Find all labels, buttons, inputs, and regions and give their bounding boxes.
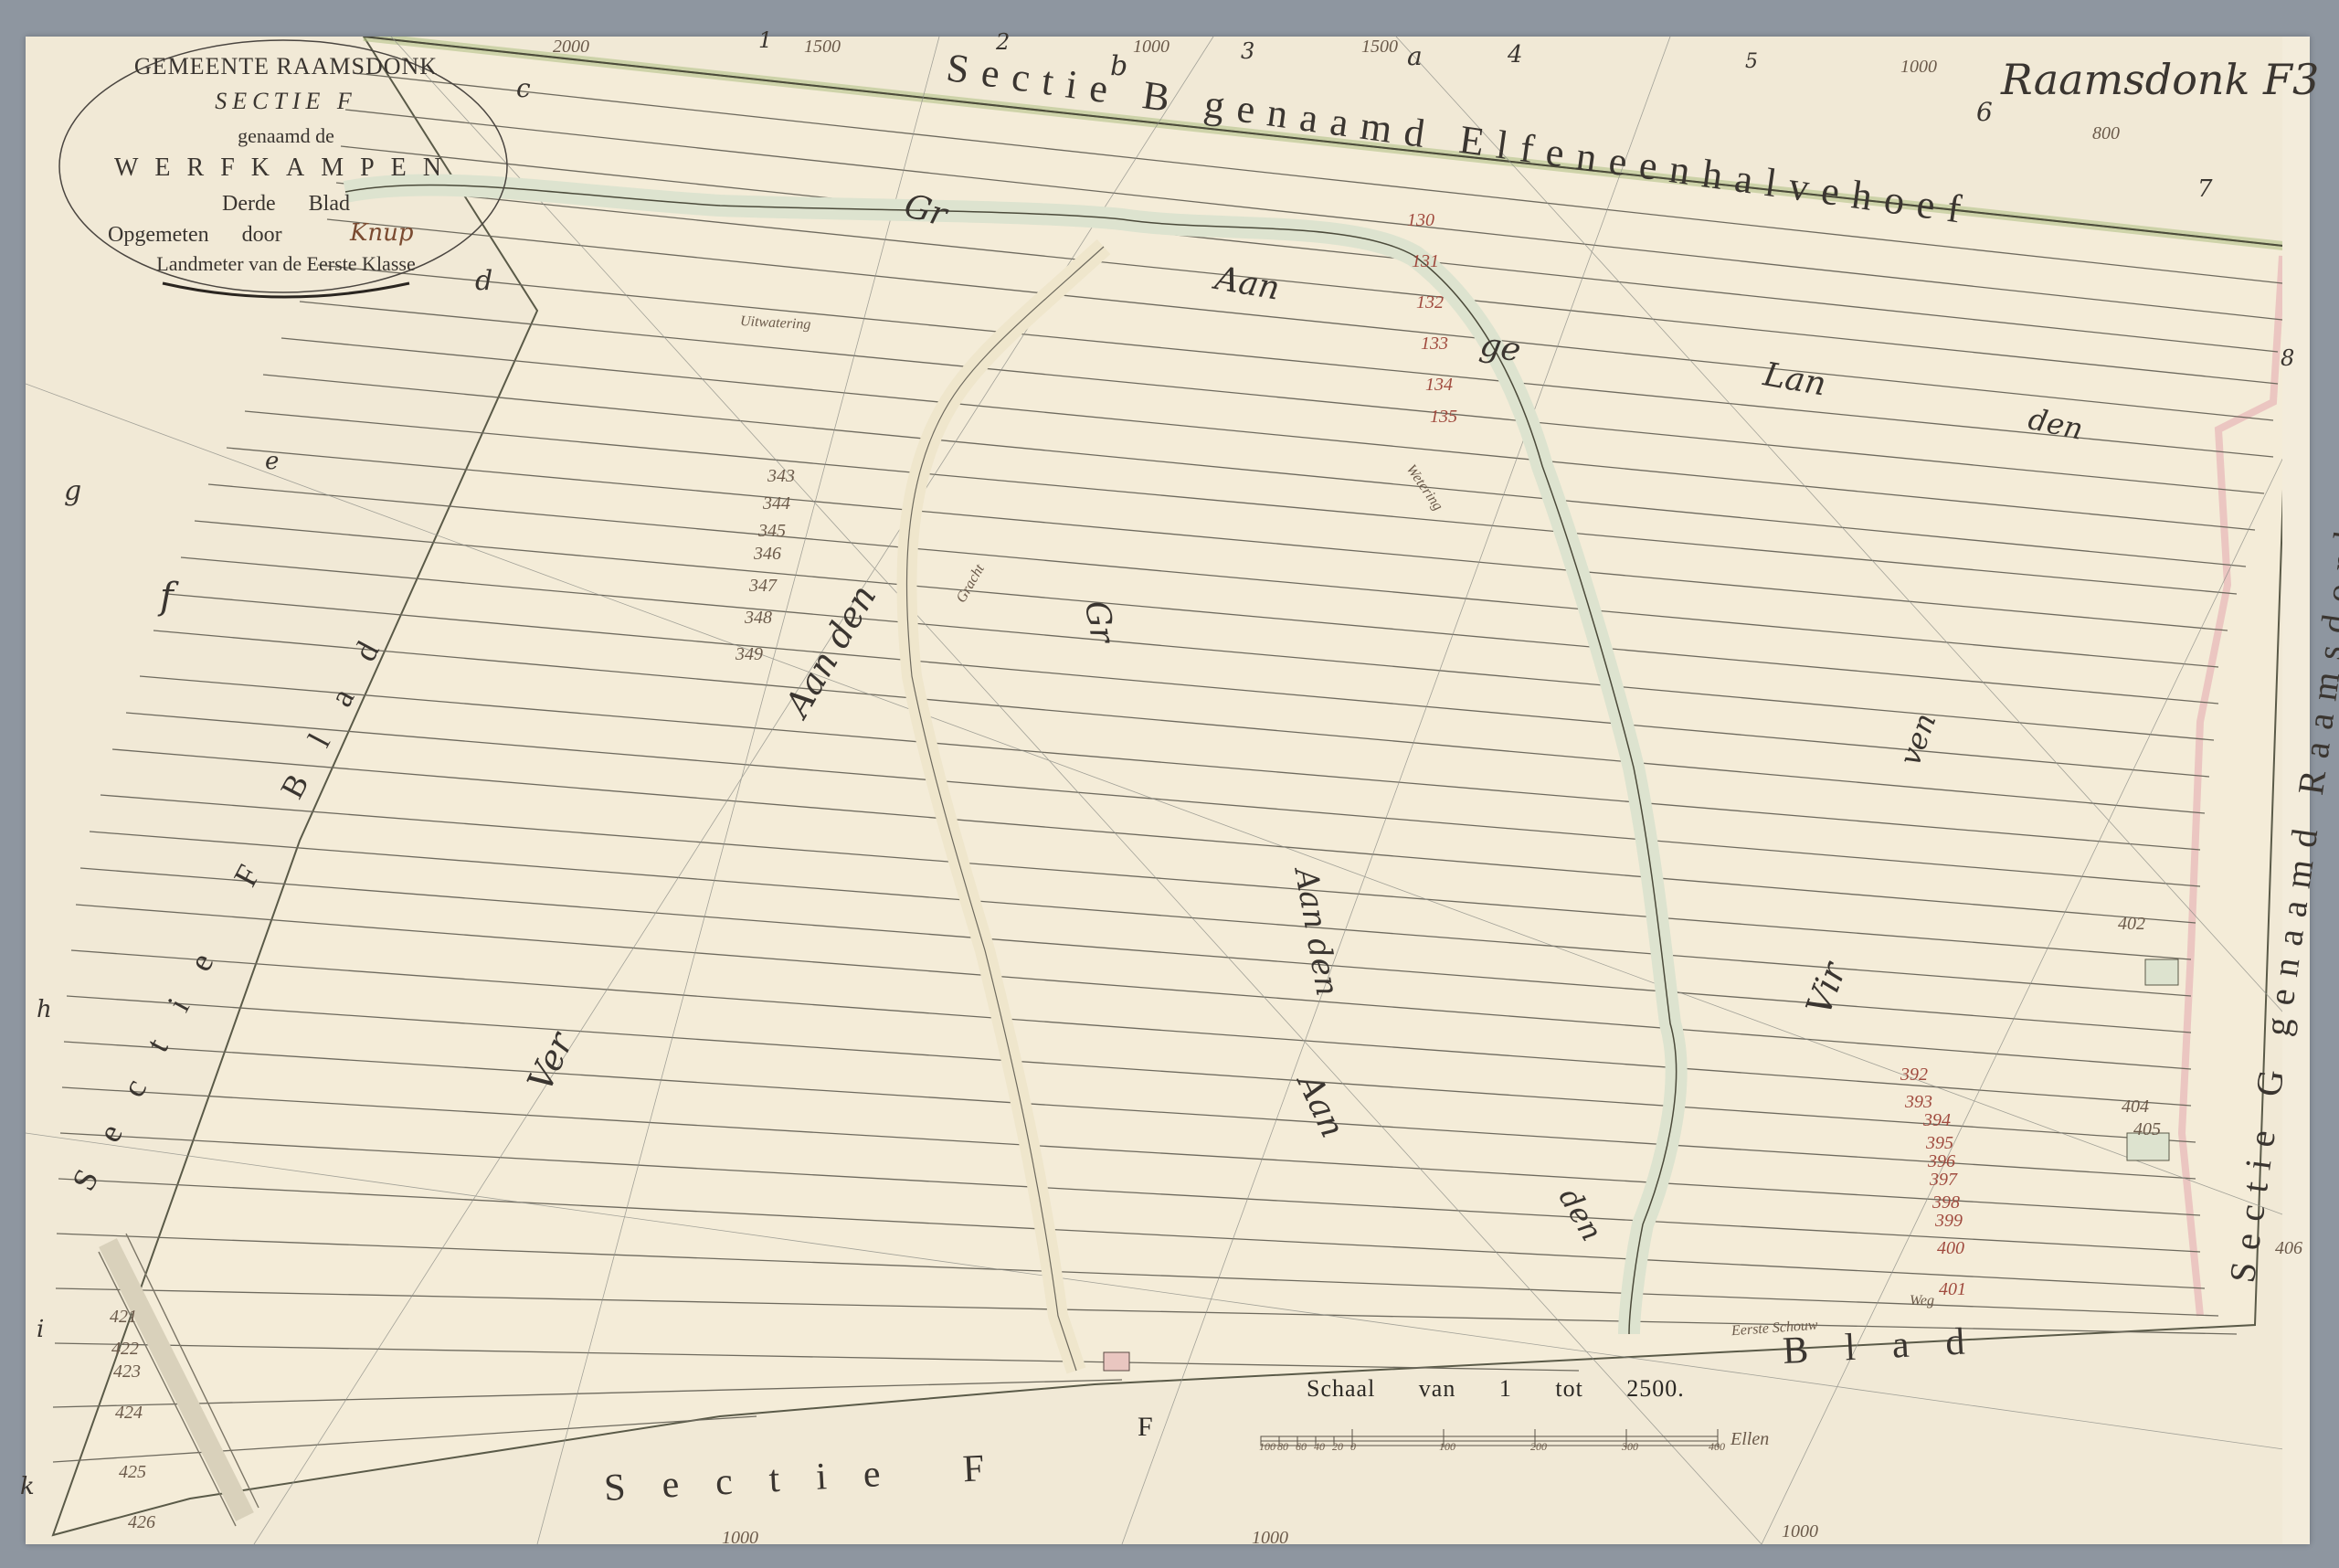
parcel-number: 132 [1416, 292, 1444, 313]
sheet-title: Raamsdonk F3 [2001, 55, 2319, 104]
field-name: Gr [1077, 598, 1121, 645]
parcel-number: 426 [128, 1512, 155, 1533]
parcel-number: 349 [736, 644, 763, 665]
section-title: SECTIE F [53, 88, 519, 115]
parcel-number: 402 [2118, 914, 2145, 935]
parcel-number: 133 [1421, 334, 1448, 355]
parcel-number: 344 [763, 493, 790, 514]
grid-tick: 1000 [1782, 1521, 1818, 1542]
grid-tick: 800 [2092, 123, 2120, 144]
field-name: ge [1477, 325, 1524, 369]
parcel-number: 347 [749, 576, 777, 597]
grid-letter: c [516, 73, 531, 103]
grid-letter: g [64, 475, 81, 507]
section-mark-f: F [1138, 1412, 1153, 1443]
parcel-number: 423 [113, 1361, 141, 1383]
scale-label: Schaal van 1 tot 2500. [1307, 1375, 1685, 1403]
surveyed-by: Opgemeten door [53, 223, 574, 248]
grid-tick: 1000 [722, 1528, 758, 1549]
grid-letter: 5 [1745, 50, 1758, 73]
parcel-number: 401 [1939, 1279, 1966, 1300]
grid-letter: 2 [996, 29, 1010, 55]
sheet-number: Derde Blad [53, 192, 519, 217]
parcel-number: 399 [1935, 1211, 1963, 1232]
parcel-number: 425 [119, 1462, 146, 1483]
grid-letter: 4 [1508, 41, 1523, 69]
grid-tick: 1000 [1252, 1528, 1288, 1549]
grid-tick: 1500 [1361, 37, 1398, 58]
municipality-title: GEMEENTE RAAMSDONK [53, 53, 519, 80]
grid-letter: 8 [2281, 345, 2294, 371]
scale-unit: Ellen [1730, 1429, 1769, 1450]
grid-letter: f [160, 576, 174, 618]
grid-tick: 1000 [1133, 37, 1169, 58]
annotation-weg: Weg [1910, 1293, 1934, 1309]
grid-tick: 1000 [1900, 57, 1937, 78]
parcel-number: 405 [2133, 1119, 2161, 1140]
surveyor-class: Landmeter van de Eerste Klasse [53, 252, 519, 276]
grid-letter: 1 [758, 27, 772, 53]
parcel-number: 400 [1937, 1238, 1964, 1259]
parcel-number: 348 [745, 608, 772, 629]
grid-letter: k [20, 1473, 35, 1500]
parcel-number: 421 [110, 1307, 137, 1328]
parcel-number: 130 [1407, 210, 1434, 231]
parcel-number: 406 [2275, 1238, 2302, 1259]
grid-letter: a [1407, 41, 1423, 71]
scale-bar [1261, 1429, 1718, 1447]
parcel-number: 135 [1430, 407, 1457, 428]
parcel-number: 394 [1923, 1110, 1951, 1131]
grid-letter: 7 [2197, 175, 2213, 203]
parcel-number: 131 [1412, 251, 1439, 272]
parcel-number: 134 [1425, 375, 1453, 396]
area-name: WERFKAMPEN [53, 154, 519, 183]
parcel-number: 397 [1930, 1170, 1957, 1191]
parcel-number: 392 [1900, 1065, 1928, 1086]
parcel-number: 422 [111, 1339, 139, 1360]
grid-letter: i [37, 1316, 44, 1343]
surveyor-signature: Knup [350, 219, 414, 247]
grid-letter: h [37, 996, 52, 1023]
grid-tick: 2000 [553, 37, 589, 58]
parcel-number: 424 [115, 1403, 143, 1424]
grid-letter: 6 [1976, 97, 1993, 127]
title-cartouche: GEMEENTE RAAMSDONK SECTIE F genaamd de W… [53, 44, 519, 309]
grid-letter: d [475, 265, 492, 297]
parcel-number: 346 [754, 544, 781, 565]
parcel-number: 404 [2122, 1097, 2149, 1118]
grid-tick: 1500 [804, 37, 841, 58]
grid-letter: e [265, 448, 279, 475]
grid-letter: 3 [1241, 38, 1254, 64]
parcel-number: 343 [767, 466, 795, 487]
grid-letter: b [1110, 50, 1127, 82]
named-label: genaamd de [53, 124, 519, 148]
parcel-number: 345 [758, 521, 786, 542]
